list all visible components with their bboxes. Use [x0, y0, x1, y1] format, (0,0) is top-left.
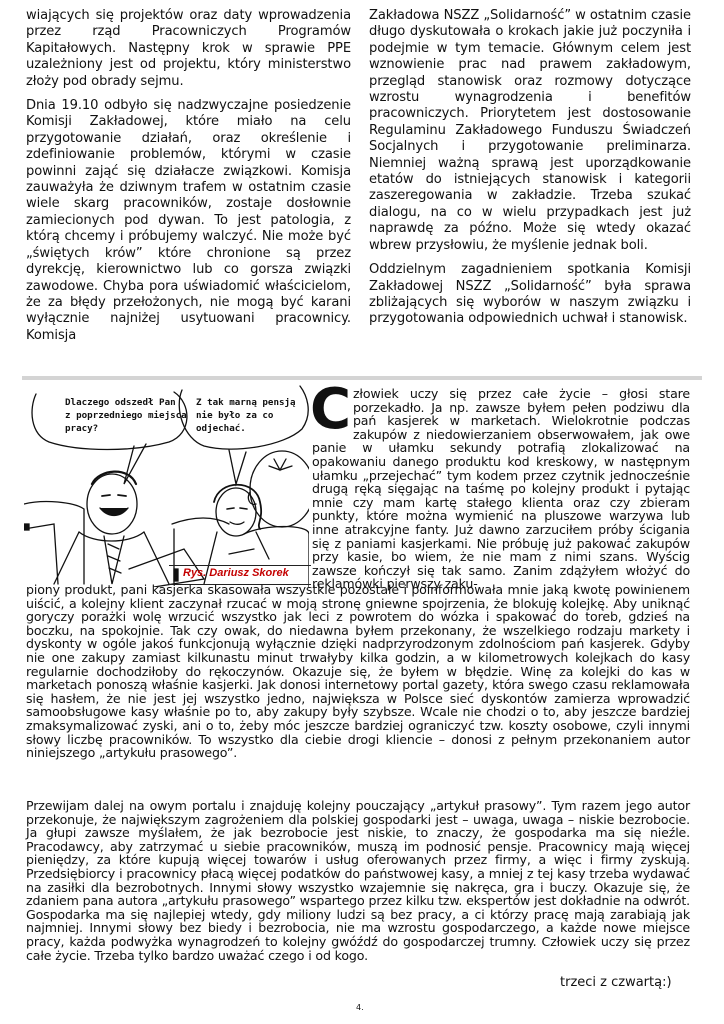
- credit-text: Rys. Dariusz Skorek: [183, 567, 289, 579]
- section-divider: [22, 376, 702, 380]
- article-body: piony produkt, pani kasjerka skasowała w…: [26, 583, 690, 760]
- bubble-line: Dlaczego odszedł Pan: [65, 396, 187, 409]
- bubble-line: nie było za co: [196, 409, 296, 422]
- article-paragraph-2: Przewijam dalej na owym portalu i znajdu…: [26, 799, 690, 962]
- bubble-line: z poprzedniego miejsca: [65, 409, 187, 422]
- top-left-column: wiających się projektów oraz daty wprowa…: [26, 8, 351, 352]
- speech-bubble-right: Z tak marną pensją nie było za co odjech…: [196, 396, 296, 435]
- paragraph: wiających się projektów oraz daty wprowa…: [26, 8, 351, 90]
- cartoon-illustration: Dlaczego odszedł Pan z poprzedniego miej…: [24, 384, 309, 587]
- paragraph: Dnia 19.10 odbyło się nadzwyczajne posie…: [26, 98, 351, 344]
- article-intro-text: złowiek uczy się przez całe życie – głos…: [312, 386, 690, 591]
- speech-bubble-left: Dlaczego odszedł Pan z poprzedniego miej…: [65, 396, 187, 435]
- article-intro: Człowiek uczy się przez całe życie – gło…: [312, 387, 690, 591]
- bubble-line: pracy?: [65, 422, 187, 435]
- paragraph: Oddzielnym zagadnieniem spotkania Komisj…: [369, 262, 691, 328]
- bubble-line: odjechać.: [196, 422, 296, 435]
- drop-cap: C: [310, 387, 351, 432]
- author-signature: trzeci z czwartą:): [560, 975, 672, 990]
- top-right-column: Zakładowa NSZZ „Solidarność” w ostatnim …: [369, 8, 691, 336]
- paragraph: Zakładowa NSZZ „Solidarność” w ostatnim …: [369, 8, 691, 254]
- bubble-line: Z tak marną pensją: [196, 396, 296, 409]
- page-number: 4.: [356, 1003, 364, 1012]
